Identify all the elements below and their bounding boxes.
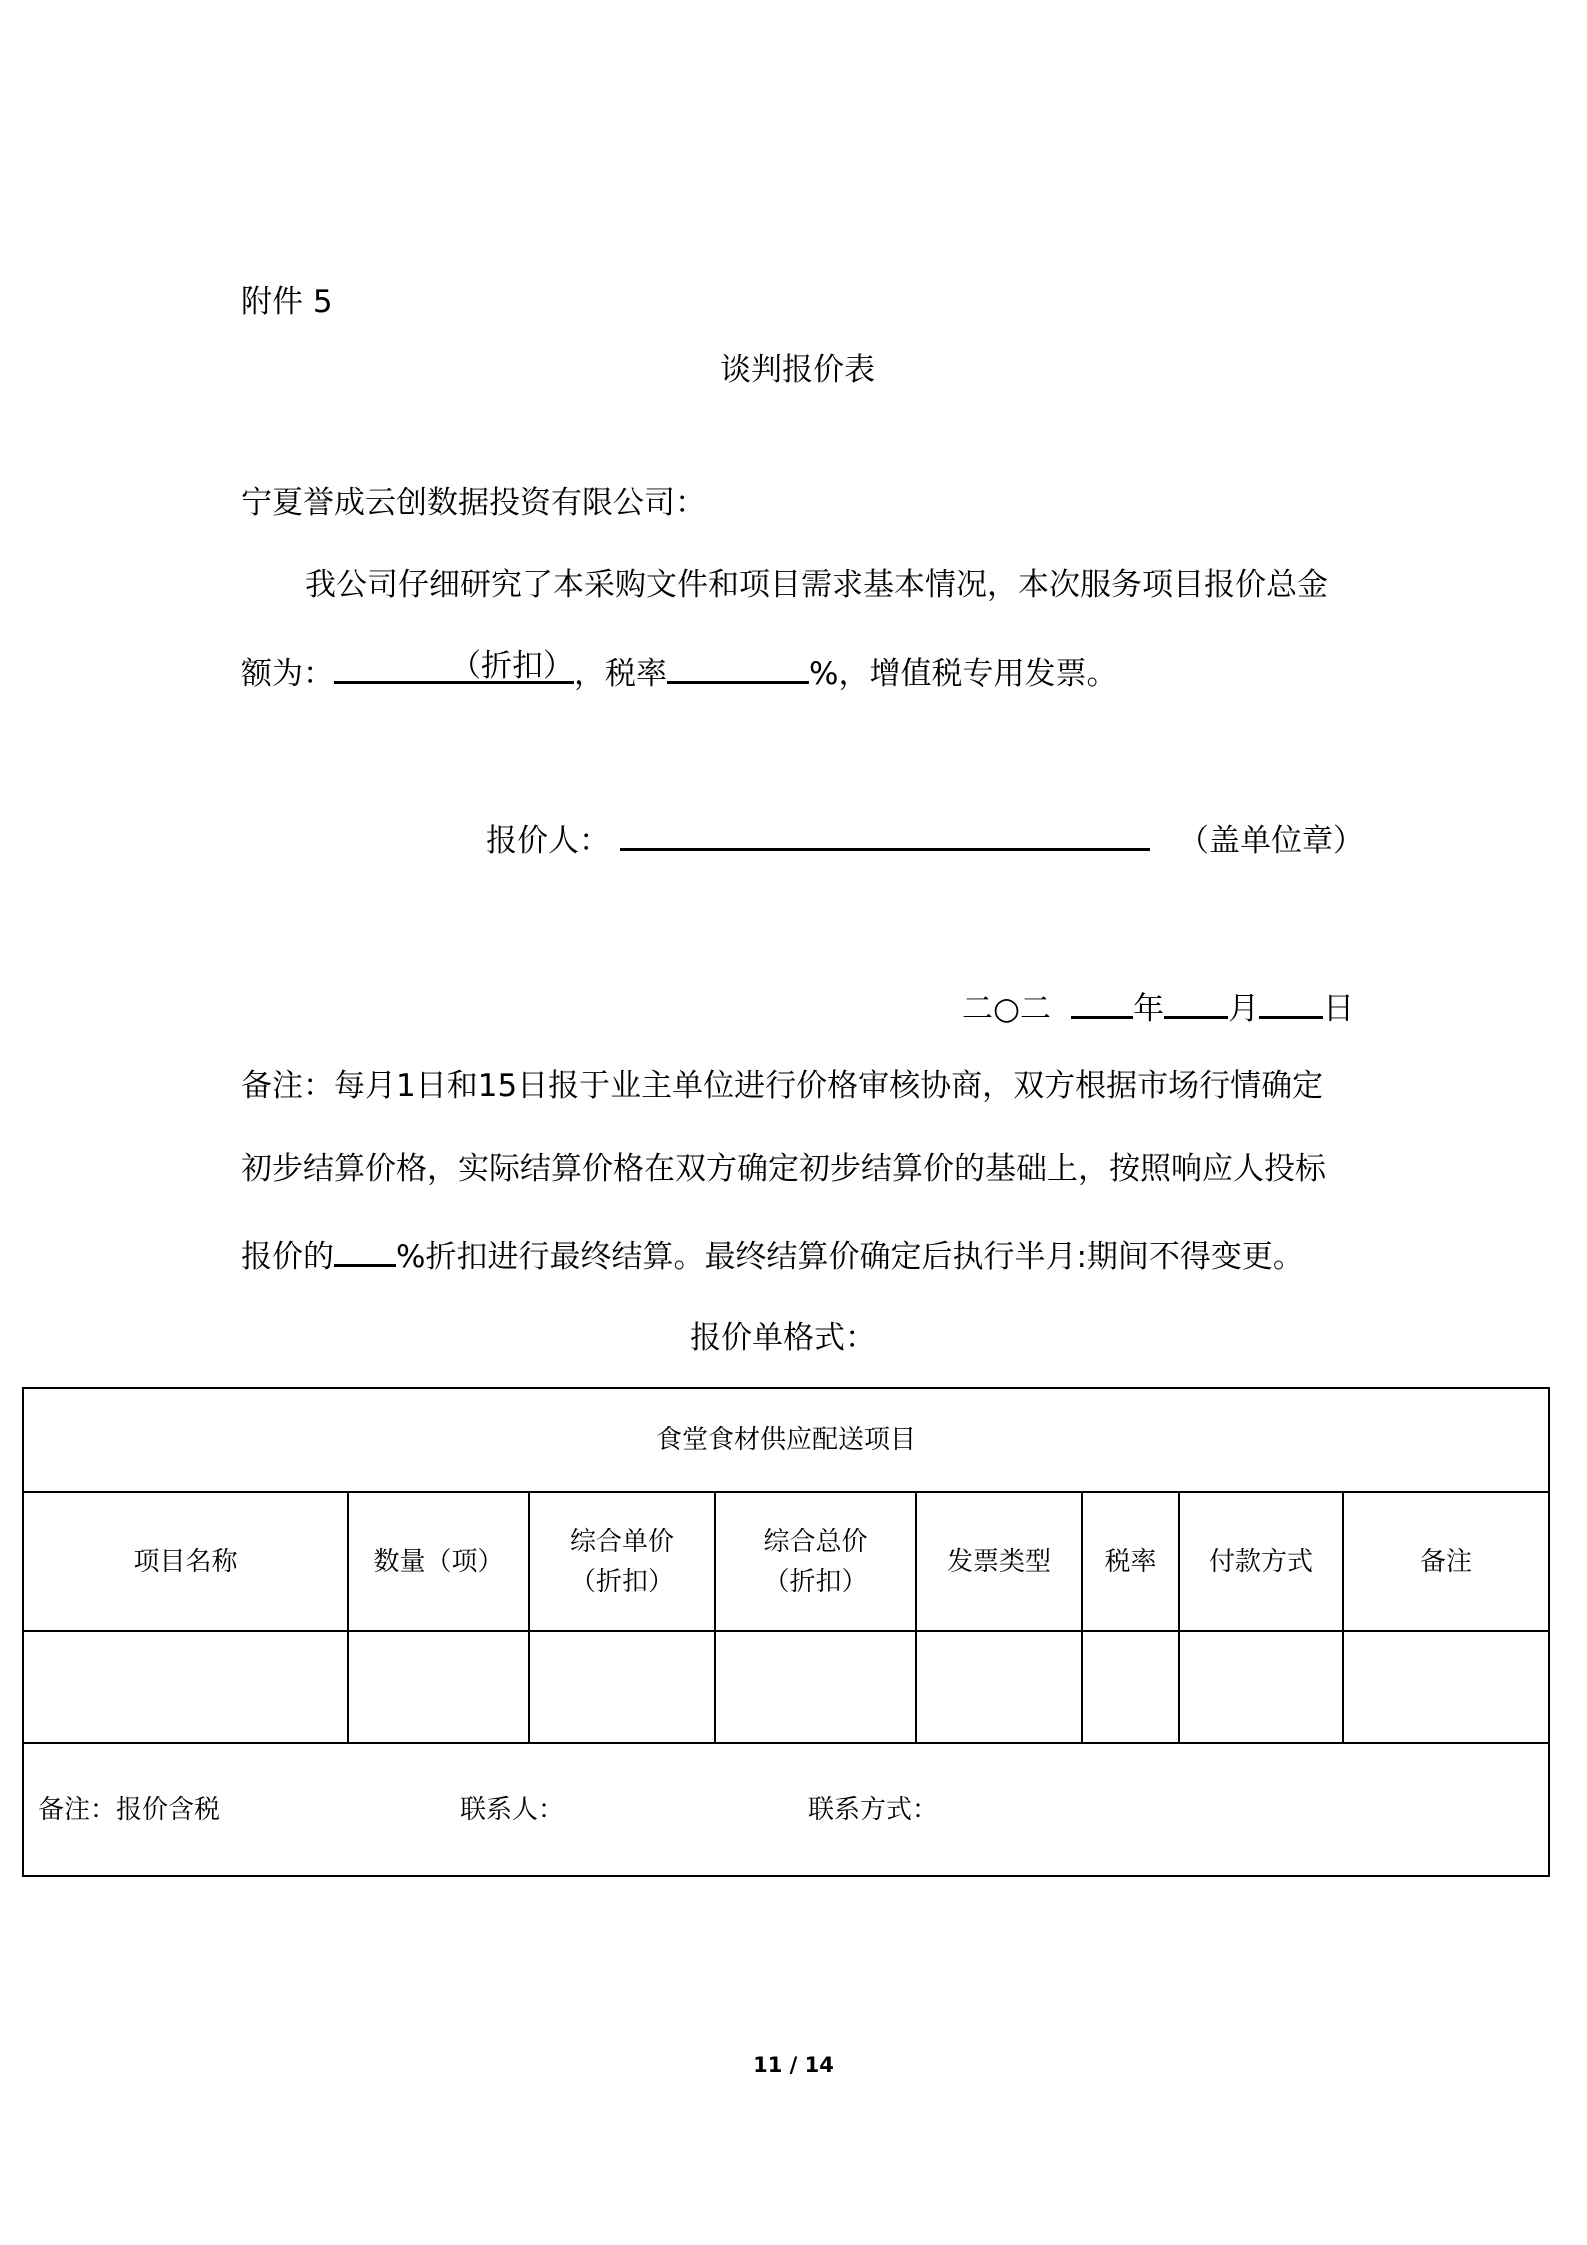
header-total-price: 综合总价（折扣） [715, 1492, 916, 1631]
table-title-row: 食堂食材供应配送项目 [23, 1388, 1549, 1492]
cell-invoice-type[interactable] [916, 1631, 1082, 1743]
quoter-signature-blank[interactable] [620, 818, 1150, 851]
header-quantity: 数量（项） [348, 1492, 529, 1631]
date-line: 二○二年月日 [962, 986, 1354, 1027]
document-title: 谈判报价表 [720, 352, 875, 388]
discount-percent-blank[interactable] [334, 1234, 396, 1267]
remarks-line-3-suffix: %折扣进行最终结算。最终结算价确定后执行半月:期间不得变更。 [396, 1239, 1304, 1275]
stamp-note: （盖单位章） [1178, 823, 1364, 859]
header-tax-rate: 税率 [1082, 1492, 1179, 1631]
addressee: 宁夏誉成云创数据投资有限公司： [241, 485, 706, 521]
header-label: 数量（项） [349, 1542, 528, 1582]
intro-suffix: %，增值税专用发票。 [809, 656, 1117, 692]
intro-line-1: 我公司仔细研究了本采购文件和项目需求基本情况，本次服务项目报价总金 [305, 567, 1328, 603]
date-prefix: 二○二 [962, 991, 1051, 1027]
header-sublabel: （折扣） [716, 1562, 915, 1602]
quotation-table: 食堂食材供应配送项目 项目名称 数量（项） 综合单价（折扣） 综合总价（折扣） … [22, 1387, 1550, 1877]
footer-note: 备注：报价含税 [38, 1790, 220, 1830]
cell-remarks[interactable] [1343, 1631, 1549, 1743]
table-title: 食堂食材供应配送项目 [23, 1388, 1549, 1492]
header-unit-price: 综合单价（折扣） [529, 1492, 715, 1631]
day-blank[interactable] [1259, 986, 1323, 1019]
cell-tax-rate[interactable] [1082, 1631, 1179, 1743]
header-remarks: 备注 [1343, 1492, 1549, 1631]
tax-rate-blank[interactable] [667, 651, 809, 684]
month-label: 月 [1228, 991, 1259, 1027]
page-number: 11 / 14 [0, 2053, 1587, 2077]
header-payment-method: 付款方式 [1179, 1492, 1343, 1631]
cell-payment-method[interactable] [1179, 1631, 1343, 1743]
table-row [23, 1631, 1549, 1743]
cell-item-name[interactable] [23, 1631, 348, 1743]
header-label: 综合总价 [716, 1522, 915, 1562]
discount-label: （折扣） [450, 648, 574, 684]
quoter-line: 报价人：（盖单位章） [486, 818, 1364, 859]
year-label: 年 [1133, 991, 1164, 1027]
table-header-row: 项目名称 数量（项） 综合单价（折扣） 综合总价（折扣） 发票类型 税率 付款方… [23, 1492, 1549, 1631]
header-label: 税率 [1083, 1542, 1178, 1582]
header-invoice-type: 发票类型 [916, 1492, 1082, 1631]
total-amount-blank[interactable]: （折扣） [334, 651, 574, 684]
year-blank[interactable] [1071, 986, 1133, 1019]
remarks-line-1: 备注：每月1日和15日报于业主单位进行价格审核协商，双方根据市场行情确定 [241, 1068, 1323, 1104]
table-footer: 备注：报价含税 联系人： 联系方式： [23, 1743, 1549, 1876]
month-blank[interactable] [1164, 986, 1228, 1019]
header-label: 备注 [1344, 1542, 1548, 1582]
header-label: 发票类型 [917, 1542, 1081, 1582]
cell-quantity[interactable] [348, 1631, 529, 1743]
intro-line-2: 额为：（折扣），税率%，增值税专用发票。 [241, 651, 1117, 692]
footer-contact-person[interactable]: 联系人： [460, 1790, 564, 1830]
cell-total-price[interactable] [715, 1631, 916, 1743]
intro-prefix: 额为： [241, 656, 334, 692]
attachment-label: 附件 5 [241, 284, 333, 320]
quoter-label: 报价人： [486, 823, 610, 859]
header-label: 综合单价 [530, 1522, 714, 1562]
intro-text-1: 我公司仔细研究了本采购文件和项目需求基本情况，本次服务项目报价总金 [305, 567, 1328, 603]
header-sublabel: （折扣） [530, 1562, 714, 1602]
table-footer-row: 备注：报价含税 联系人： 联系方式： [23, 1743, 1549, 1876]
remarks-line-3-prefix: 报价的 [241, 1239, 334, 1275]
header-label: 付款方式 [1180, 1542, 1342, 1582]
remarks-line-2: 初步结算价格，实际结算价格在双方确定初步结算价的基础上，按照响应人投标 [241, 1151, 1326, 1187]
footer-contact-method[interactable]: 联系方式： [808, 1790, 938, 1830]
cell-unit-price[interactable] [529, 1631, 715, 1743]
header-item-name: 项目名称 [23, 1492, 348, 1631]
header-label: 项目名称 [24, 1542, 347, 1582]
day-label: 日 [1323, 991, 1354, 1027]
format-heading: 报价单格式： [690, 1320, 876, 1356]
tax-label: ，税率 [574, 656, 667, 692]
remarks-line-3: 报价的%折扣进行最终结算。最终结算价确定后执行半月:期间不得变更。 [241, 1234, 1304, 1275]
